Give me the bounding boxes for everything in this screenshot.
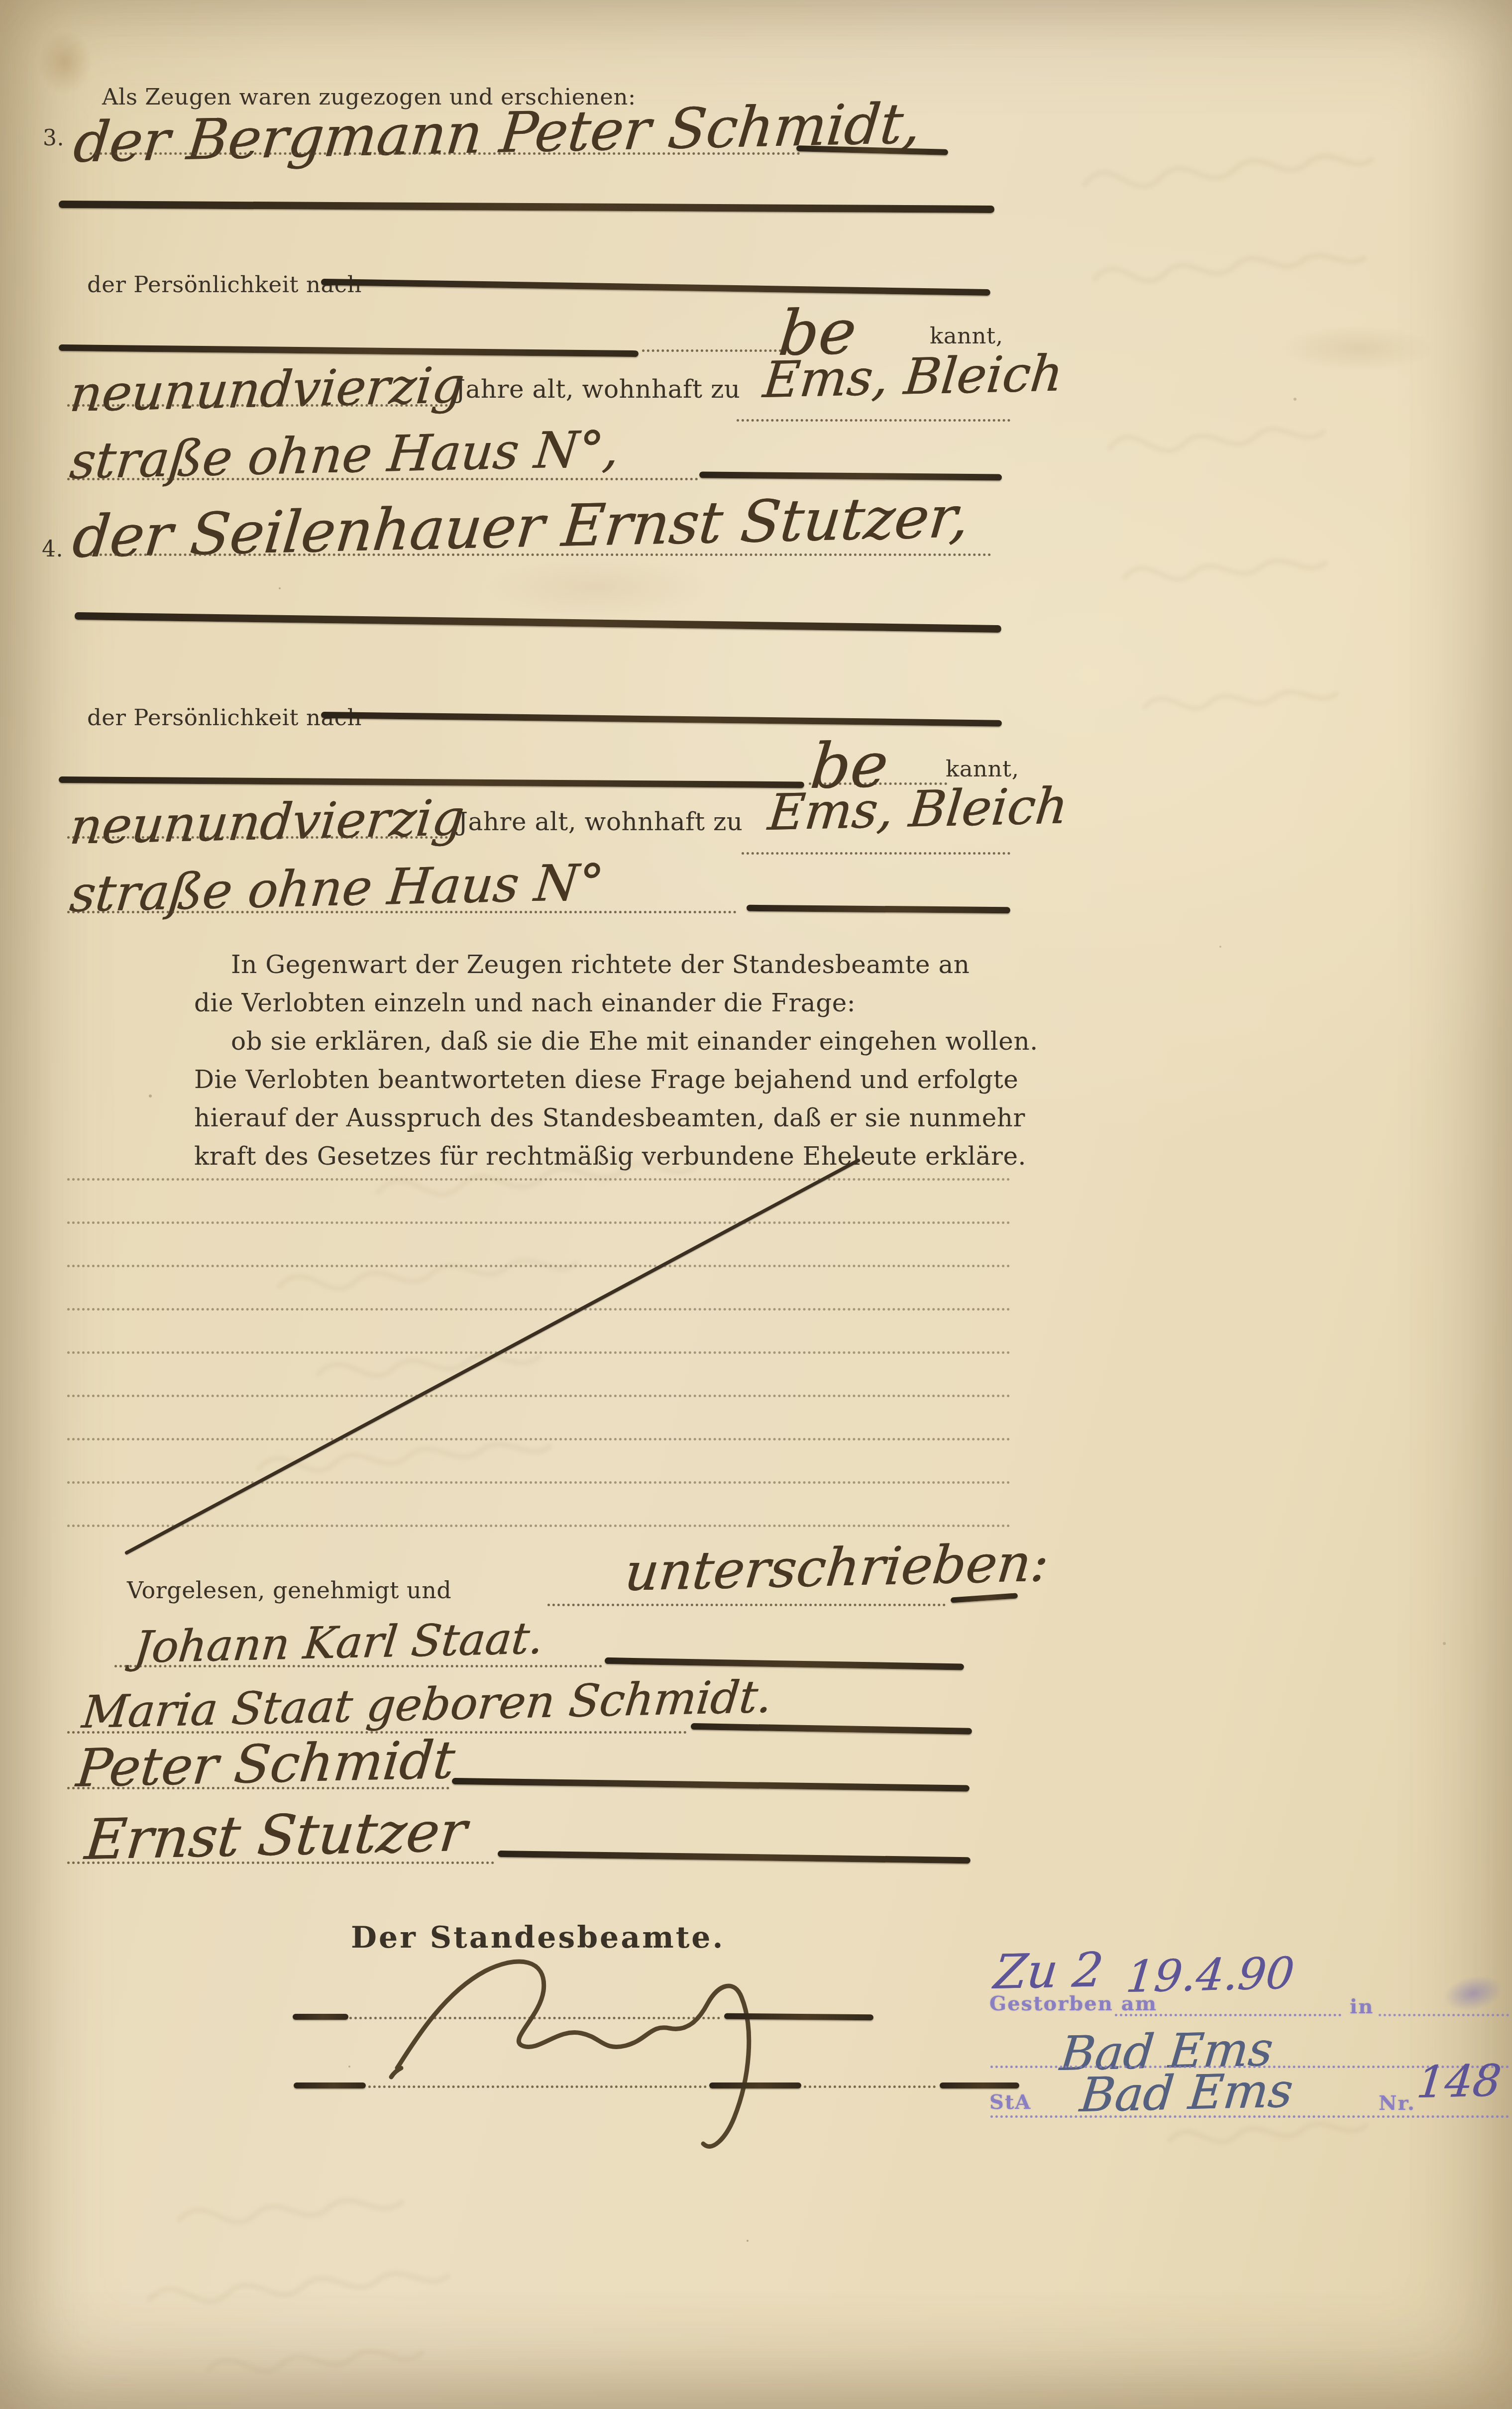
registrar-line2 <box>368 2085 707 2088</box>
fill-in-line <box>547 1604 946 1606</box>
closing-handwriting: unterschrieben: <box>622 1533 1052 1603</box>
paper-stain <box>1254 319 1463 378</box>
marginalia-death-date: 19.4.90 <box>1124 1947 1296 2002</box>
declaration-line: hierauf der Ausspruch des Standesbeamten… <box>194 1099 1040 1137</box>
witness4-residence-handwriting: Ems, Bleich <box>765 776 1071 842</box>
witness3-number: 3. <box>43 125 64 151</box>
registrar-line2-bold <box>940 2082 1019 2088</box>
fill-in-line <box>90 152 800 155</box>
fill-in-line-bold <box>747 905 1010 914</box>
registrar-signature <box>383 1954 791 2183</box>
signature-line-bold <box>452 1778 970 1792</box>
blank-ruled-line <box>67 1525 1010 1527</box>
identity-rule2 <box>59 344 639 357</box>
signature-line-bold <box>498 1851 971 1863</box>
stamp-line <box>1115 2014 1341 2016</box>
witness4-entry-handwriting: der Seilenhauer Ernst Stutzer, <box>70 483 972 571</box>
registrar-heading: Der Standesbeamte. <box>351 1920 722 1955</box>
declaration-line: ob sie erklären, daß sie die Ehe mit ein… <box>194 1022 1040 1061</box>
fill-in-line <box>67 836 448 839</box>
fill-in-line <box>67 404 448 407</box>
marginalia-reference: Zu 2 <box>991 1943 1105 2000</box>
fill-in-line <box>737 419 1010 422</box>
stamp-in-label: in <box>1350 1995 1374 2018</box>
fill-in-line <box>90 553 991 556</box>
declaration-paragraph: In Gegenwart der Zeugen richtete der Sta… <box>194 946 1040 1176</box>
fill-in-line-bold <box>699 471 1002 480</box>
signature-line-bold <box>605 1657 964 1670</box>
declaration-line: In Gegenwart der Zeugen richtete der Sta… <box>194 946 1040 984</box>
blank-ruled-line <box>67 1178 1010 1181</box>
signature-line <box>67 1861 494 1864</box>
registrar-line2 <box>804 2085 936 2088</box>
blank-ruled-line <box>67 1221 1010 1224</box>
witness4-identity-label: der Persönlichkeit nach <box>87 704 362 731</box>
signature-bride: Maria Staat geboren Schmidt. <box>80 1671 774 1739</box>
civil-registry-page: Als Zeugen waren zugezogen und erschiene… <box>0 0 1512 2409</box>
paper-speckles <box>0 0 2 2</box>
signature-line-bold <box>691 1723 972 1735</box>
marginalia-record-number: 148 <box>1414 2055 1504 2108</box>
cancellation-slash <box>124 1158 861 1555</box>
registrar-line <box>349 2017 720 2019</box>
witness3-age-handwriting: neunundvierzig <box>67 356 467 423</box>
declaration-line: die Verlobten einzeln und nach einander … <box>194 984 1040 1022</box>
blank-ruled-line <box>67 1265 1010 1267</box>
fill-in-line <box>67 911 737 913</box>
signature-groom: Johann Karl Staat. <box>132 1612 545 1673</box>
paper-stain <box>27 17 102 107</box>
signature-line <box>114 1665 602 1667</box>
declaration-line: Die Verlobten beantworteten diese Frage … <box>194 1061 1040 1099</box>
stamp-line <box>1379 2014 1509 2016</box>
witness4-number: 4. <box>42 537 63 562</box>
closing-printed: Vorgelesen, genehmigt und <box>127 1577 451 1604</box>
stamp-number-label: Nr. <box>1379 2091 1415 2115</box>
stamp-office-label: StA <box>989 2090 1031 2114</box>
witness3-age-printed: Jahre alt, wohnhaft zu <box>455 375 740 404</box>
section-rule <box>59 201 994 213</box>
identity-rule <box>321 279 990 296</box>
registrar-line-bold <box>293 2014 348 2020</box>
witness3-recognized-printed: kannt, <box>930 323 1003 349</box>
blank-ruled-line <box>67 1481 1010 1484</box>
identity-rule2 <box>59 776 804 788</box>
registrar-line2-bold <box>294 2082 366 2088</box>
signature-line <box>67 1787 449 1789</box>
blank-ruled-line <box>67 1395 1010 1397</box>
stamp-line <box>990 2115 1509 2118</box>
witness4-age-handwriting: neunundvierzig <box>67 788 467 856</box>
blank-ruled-line <box>67 1351 1010 1354</box>
blank-ruled-line <box>67 1308 1010 1311</box>
identity-rule <box>321 712 1002 727</box>
declaration-line: kraft des Gesetzes für rechtmäßig verbun… <box>194 1137 1040 1176</box>
section-rule <box>75 612 1001 633</box>
fill-in-line <box>742 852 1010 855</box>
blank-ruled-line <box>67 1438 1010 1440</box>
witness4-age-printed: Jahre alt, wohnhaft zu <box>458 807 743 836</box>
witness3-identity-label: der Persönlichkeit nach <box>87 271 362 298</box>
witness3-residence-handwriting: Ems, Bleich <box>760 344 1066 409</box>
marginalia-office-place: Bad Ems <box>1078 2063 1296 2123</box>
registrar-line2-bold <box>709 2082 801 2088</box>
fill-in-line <box>67 478 698 480</box>
